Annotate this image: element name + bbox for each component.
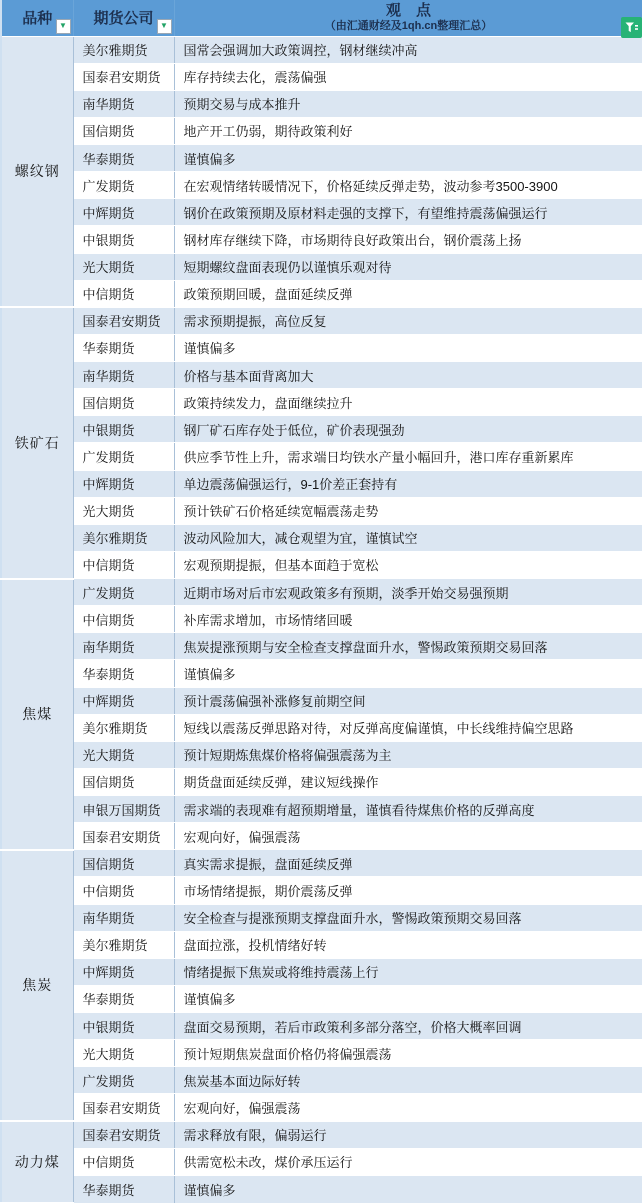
company-cell[interactable]: 中信期货 [73, 606, 174, 633]
viewpoint-cell[interactable]: 盘面交易预期，若后市政策利多部分落空，价格大概率回调 [174, 1013, 642, 1040]
company-cell[interactable]: 美尔雅期货 [73, 714, 174, 741]
variety-cell[interactable]: 焦炭 [1, 850, 73, 1121]
table-row: 广发期货供应季节性上升，需求端日均铁水产量小幅回升，港口库存重新累库 [1, 443, 642, 470]
company-cell[interactable]: 广发期货 [73, 443, 174, 470]
company-cell[interactable]: 国信期货 [73, 768, 174, 795]
viewpoint-cell[interactable]: 预计短期焦炭盘面价格仍将偏强震荡 [174, 1040, 642, 1067]
viewpoint-cell[interactable]: 需求释放有限，偏弱运行 [174, 1121, 642, 1148]
table-row: 中银期货钢材库存继续下降，市场期待良好政策出台，钢价震荡上扬 [1, 226, 642, 253]
company-cell[interactable]: 国泰君安期货 [73, 307, 174, 334]
table-row: 焦煤广发期货近期市场对后市宏观政策多有预期，淡季开始交易强预期 [1, 579, 642, 606]
company-cell[interactable]: 南华期货 [73, 90, 174, 117]
viewpoint-cell[interactable]: 预计震荡偏强补涨修复前期空间 [174, 687, 642, 714]
table-row: 中辉期货预计震荡偏强补涨修复前期空间 [1, 687, 642, 714]
company-cell[interactable]: 光大期货 [73, 253, 174, 280]
table-row: 光大期货预计短期焦炭盘面价格仍将偏强震荡 [1, 1040, 642, 1067]
company-cell[interactable]: 中辉期货 [73, 199, 174, 226]
viewpoint-cell[interactable]: 短期螺纹盘面表现仍以谨慎乐观对待 [174, 253, 642, 280]
company-cell[interactable]: 中信期货 [73, 280, 174, 307]
viewpoint-cell[interactable]: 安全检查与提涨预期支撑盘面升水，警惕政策预期交易回落 [174, 904, 642, 931]
variety-cell[interactable]: 螺纹钢 [1, 36, 73, 307]
company-cell[interactable]: 国信期货 [73, 117, 174, 144]
table-row: 华泰期货谨慎偏多 [1, 334, 642, 361]
company-cell[interactable]: 南华期货 [73, 904, 174, 931]
viewpoint-cell[interactable]: 钢厂矿石库存处于低位，矿价表现强劲 [174, 416, 642, 443]
company-cell[interactable]: 国信期货 [73, 850, 174, 877]
viewpoint-cell[interactable]: 短线以震荡反弹思路对待，对反弹高度偏谨慎，中长线维持偏空思路 [174, 714, 642, 741]
table-row: 华泰期货谨慎偏多 [1, 985, 642, 1012]
company-cell[interactable]: 南华期货 [73, 633, 174, 660]
table-row: 铁矿石国泰君安期货需求预期提振，高位反复 [1, 307, 642, 334]
table-row: 申银万国期货需求端的表现难有超预期增量，谨慎看待煤焦价格的反弹高度 [1, 796, 642, 823]
company-filter-button[interactable]: ▼ [157, 19, 172, 34]
company-cell[interactable]: 华泰期货 [73, 334, 174, 361]
header-cell-company[interactable]: 期货公司 ▼ [73, 0, 174, 36]
table-row: 国泰君安期货宏观向好，偏强震荡 [1, 1094, 642, 1121]
company-cell[interactable]: 中信期货 [73, 1148, 174, 1175]
table-row: 动力煤国泰君安期货需求释放有限，偏弱运行 [1, 1121, 642, 1148]
company-cell[interactable]: 华泰期货 [73, 660, 174, 687]
company-cell[interactable]: 华泰期货 [73, 985, 174, 1012]
company-cell[interactable]: 光大期货 [73, 497, 174, 524]
viewpoint-cell[interactable]: 谨慎偏多 [174, 1175, 642, 1203]
viewpoint-cell[interactable]: 近期市场对后市宏观政策多有预期，淡季开始交易强预期 [174, 579, 642, 606]
viewpoint-cell[interactable]: 谨慎偏多 [174, 334, 642, 361]
viewpoint-cell[interactable]: 价格与基本面背离加大 [174, 362, 642, 389]
table-row: 国泰君安期货库存持续去化，震荡偏强 [1, 63, 642, 90]
company-cell[interactable]: 光大期货 [73, 1040, 174, 1067]
viewpoint-cell[interactable]: 预计铁矿石价格延续宽幅震荡走势 [174, 497, 642, 524]
table-row: 中信期货宏观预期提振，但基本面趋于宽松 [1, 551, 642, 578]
table-row: 中银期货盘面交易预期，若后市政策利多部分落空，价格大概率回调 [1, 1013, 642, 1040]
viewpoint-cell[interactable]: 在宏观情绪转暖情况下，价格延续反弹走势，波动参考3500-3900 [174, 172, 642, 199]
table-row: 中信期货政策预期回暖，盘面延续反弹 [1, 280, 642, 307]
header-cell-variety[interactable]: 品种 ▼ [1, 0, 73, 36]
viewpoint-header-subtitle: （由汇通财经及1qh.cn整理汇总） [175, 20, 642, 33]
company-cell[interactable]: 国泰君安期货 [73, 63, 174, 90]
filter-arrow-icon: ▼ [160, 22, 168, 30]
funnel-glyph [624, 20, 639, 35]
table-row: 南华期货安全检查与提涨预期支撑盘面升水，警惕政策预期交易回落 [1, 904, 642, 931]
viewpoint-cell[interactable]: 需求预期提振，高位反复 [174, 307, 642, 334]
viewpoint-cell[interactable]: 国常会强调加大政策调控，钢材继续冲高 [174, 36, 642, 63]
table-body: 螺纹钢美尔雅期货国常会强调加大政策调控，钢材继续冲高国泰君安期货库存持续去化，震… [1, 36, 642, 1203]
futures-viewpoint-table: 品种 ▼ 期货公司 ▼ 观 点 （由汇通财经及1qh.cn整理汇总） 螺纹钢美尔… [0, 0, 642, 1204]
table-row: 中辉期货钢价在政策预期及原材料走强的支撑下，有望维持震荡偏强运行 [1, 199, 642, 226]
viewpoint-cell[interactable]: 情绪提振下焦炭或将维持震荡上行 [174, 958, 642, 985]
company-cell[interactable]: 中辉期货 [73, 470, 174, 497]
table-header: 品种 ▼ 期货公司 ▼ 观 点 （由汇通财经及1qh.cn整理汇总） [1, 0, 642, 36]
table-row: 美尔雅期货短线以震荡反弹思路对待，对反弹高度偏谨慎，中长线维持偏空思路 [1, 714, 642, 741]
variety-cell[interactable]: 动力煤 [1, 1121, 73, 1203]
viewpoint-cell[interactable]: 供需宽松未改，煤价承压运行 [174, 1148, 642, 1175]
company-cell[interactable]: 中信期货 [73, 551, 174, 578]
table-row: 广发期货在宏观情绪转暖情况下，价格延续反弹走势，波动参考3500-3900 [1, 172, 642, 199]
company-header-label: 期货公司 [93, 10, 153, 27]
viewpoint-cell[interactable]: 焦炭基本面边际好转 [174, 1067, 642, 1094]
viewpoint-cell[interactable]: 预期交易与成本推升 [174, 90, 642, 117]
company-cell[interactable]: 国泰君安期货 [73, 1121, 174, 1148]
viewpoint-cell[interactable]: 单边震荡偏强运行，9-1价差正套持有 [174, 470, 642, 497]
company-cell[interactable]: 美尔雅期货 [73, 524, 174, 551]
company-cell[interactable]: 中辉期货 [73, 687, 174, 714]
table-row: 中信期货供需宽松未改，煤价承压运行 [1, 1148, 642, 1175]
viewpoint-cell[interactable]: 库存持续去化，震荡偏强 [174, 63, 642, 90]
viewpoint-cell[interactable]: 补库需求增加，市场情绪回暖 [174, 606, 642, 633]
viewpoint-cell[interactable]: 预计短期炼焦煤价格将偏强震荡为主 [174, 741, 642, 768]
variety-cell[interactable]: 焦煤 [1, 579, 73, 850]
viewpoint-cell[interactable]: 市场情绪提振，期价震荡反弹 [174, 877, 642, 904]
table-row: 光大期货预计铁矿石价格延续宽幅震荡走势 [1, 497, 642, 524]
table-row: 美尔雅期货盘面拉涨，投机情绪好转 [1, 931, 642, 958]
table-row: 螺纹钢美尔雅期货国常会强调加大政策调控，钢材继续冲高 [1, 36, 642, 63]
company-cell[interactable]: 申银万国期货 [73, 796, 174, 823]
table-row: 国信期货地产开工仍弱，期待政策利好 [1, 117, 642, 144]
company-cell[interactable]: 国泰君安期货 [73, 1094, 174, 1121]
company-cell[interactable]: 广发期货 [73, 579, 174, 606]
table-row: 中辉期货情绪提振下焦炭或将维持震荡上行 [1, 958, 642, 985]
viewpoint-cell[interactable]: 宏观预期提振，但基本面趋于宽松 [174, 551, 642, 578]
viewpoint-cell[interactable]: 谨慎偏多 [174, 985, 642, 1012]
company-cell[interactable]: 中辉期货 [73, 958, 174, 985]
viewpoint-cell[interactable]: 政策持续发力，盘面继续拉升 [174, 389, 642, 416]
table-row: 南华期货焦炭提涨预期与安全检查支撑盘面升水，警惕政策预期交易回落 [1, 633, 642, 660]
viewpoint-cell[interactable]: 盘面拉涨，投机情绪好转 [174, 931, 642, 958]
viewpoint-cell[interactable]: 需求端的表现难有超预期增量，谨慎看待煤焦价格的反弹高度 [174, 796, 642, 823]
variety-cell[interactable]: 铁矿石 [1, 307, 73, 578]
table-row: 中辉期货单边震荡偏强运行，9-1价差正套持有 [1, 470, 642, 497]
header-cell-viewpoint[interactable]: 观 点 （由汇通财经及1qh.cn整理汇总） [174, 0, 642, 36]
viewpoint-cell[interactable]: 地产开工仍弱，期待政策利好 [174, 117, 642, 144]
table-row: 焦炭国信期货真实需求提振，盘面延续反弹 [1, 850, 642, 877]
company-cell[interactable]: 国泰君安期货 [73, 823, 174, 850]
table-row: 光大期货预计短期炼焦煤价格将偏强震荡为主 [1, 741, 642, 768]
table-row: 南华期货价格与基本面背离加大 [1, 362, 642, 389]
table-row: 中信期货市场情绪提振，期价震荡反弹 [1, 877, 642, 904]
viewpoint-cell[interactable]: 钢价在政策预期及原材料走强的支撑下，有望维持震荡偏强运行 [174, 199, 642, 226]
viewpoint-cell[interactable]: 供应季节性上升，需求端日均铁水产量小幅回升，港口库存重新累库 [174, 443, 642, 470]
company-cell[interactable]: 中信期货 [73, 877, 174, 904]
viewpoint-cell[interactable]: 谨慎偏多 [174, 660, 642, 687]
company-cell[interactable]: 华泰期货 [73, 1175, 174, 1203]
company-cell[interactable]: 广发期货 [73, 1067, 174, 1094]
viewpoint-cell[interactable]: 钢材库存继续下降，市场期待良好政策出台，钢价震荡上扬 [174, 226, 642, 253]
viewpoint-cell[interactable]: 政策预期回暖，盘面延续反弹 [174, 280, 642, 307]
table-row: 国泰君安期货宏观向好，偏强震荡 [1, 823, 642, 850]
table-row: 美尔雅期货波动风险加大，减仓观望为宜，谨慎试空 [1, 524, 642, 551]
filter-icon[interactable] [621, 17, 642, 38]
company-cell[interactable]: 中银期货 [73, 1013, 174, 1040]
company-cell[interactable]: 美尔雅期货 [73, 36, 174, 63]
table-row: 中信期货补库需求增加，市场情绪回暖 [1, 606, 642, 633]
company-cell[interactable]: 光大期货 [73, 741, 174, 768]
viewpoint-cell[interactable]: 期货盘面延续反弹，建议短线操作 [174, 768, 642, 795]
company-cell[interactable]: 广发期货 [73, 172, 174, 199]
viewpoint-cell[interactable]: 焦炭提涨预期与安全检查支撑盘面升水，警惕政策预期交易回落 [174, 633, 642, 660]
viewpoint-cell[interactable]: 谨慎偏多 [174, 145, 642, 172]
company-cell[interactable]: 中银期货 [73, 416, 174, 443]
table-row: 南华期货预期交易与成本推升 [1, 90, 642, 117]
table-row: 广发期货焦炭基本面边际好转 [1, 1067, 642, 1094]
company-cell[interactable]: 美尔雅期货 [73, 931, 174, 958]
filter-arrow-icon: ▼ [59, 22, 67, 30]
table-row: 华泰期货谨慎偏多 [1, 1175, 642, 1203]
variety-header-label: 品种 [22, 10, 52, 27]
viewpoint-cell[interactable]: 宏观向好，偏强震荡 [174, 1094, 642, 1121]
table-row: 华泰期货谨慎偏多 [1, 145, 642, 172]
header-row: 品种 ▼ 期货公司 ▼ 观 点 （由汇通财经及1qh.cn整理汇总） [1, 0, 642, 36]
table-row: 中银期货钢厂矿石库存处于低位，矿价表现强劲 [1, 416, 642, 443]
viewpoint-header-label: 观 点 [175, 2, 642, 20]
table-row: 国信期货期货盘面延续反弹，建议短线操作 [1, 768, 642, 795]
company-cell[interactable]: 华泰期货 [73, 145, 174, 172]
viewpoint-cell[interactable]: 宏观向好，偏强震荡 [174, 823, 642, 850]
table-row: 光大期货短期螺纹盘面表现仍以谨慎乐观对待 [1, 253, 642, 280]
variety-filter-button[interactable]: ▼ [56, 19, 71, 34]
company-cell[interactable]: 国信期货 [73, 389, 174, 416]
table-row: 华泰期货谨慎偏多 [1, 660, 642, 687]
table-row: 国信期货政策持续发力，盘面继续拉升 [1, 389, 642, 416]
viewpoint-cell[interactable]: 真实需求提振，盘面延续反弹 [174, 850, 642, 877]
viewpoint-cell[interactable]: 波动风险加大，减仓观望为宜，谨慎试空 [174, 524, 642, 551]
company-cell[interactable]: 中银期货 [73, 226, 174, 253]
company-cell[interactable]: 南华期货 [73, 362, 174, 389]
